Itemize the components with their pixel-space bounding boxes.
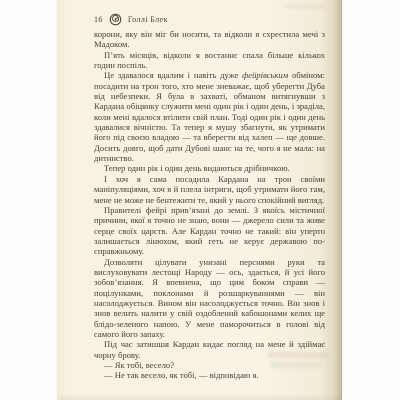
ink-bleed-through [286, 4, 326, 9]
paragraph: Правителі фейрі прив’язані до землі. З я… [94, 205, 325, 257]
paragraph: І хоч я сама посадила Кардана на трон св… [94, 174, 325, 205]
page-number: 16 [94, 15, 103, 24]
running-header-author: Голлі Блек [128, 15, 168, 24]
paragraph: Під час затишшя Кардан кидає погляд на м… [94, 339, 325, 360]
spiral-medallion-icon [109, 13, 122, 26]
book-page: 16 Голлі Блек корони, яку він міг би нос… [57, 0, 342, 400]
paragraph: корони, яку він міг би носити, та відкол… [94, 29, 325, 50]
paragraph: Тепер один рік і один день видаються дрі… [94, 163, 325, 173]
book-page-photo: 16 Голлі Блек корони, яку він міг би нос… [0, 0, 400, 400]
paragraph: — Як тобі, весело? [94, 360, 325, 370]
paragraph: Дозволяти цілувати унизані перснями руки… [94, 257, 325, 340]
paragraph: Це здавалося вдалим і навіть дуже фейрів… [94, 70, 325, 163]
body-text: корони, яку він міг би носити, та відкол… [94, 29, 325, 381]
paragraph: П’ять місяців, відколи я востаннє спала … [94, 50, 325, 71]
running-header: 16 Голлі Блек [94, 11, 322, 27]
paragraph: — Не так весело, як тобі, — відповідаю я… [94, 370, 325, 380]
